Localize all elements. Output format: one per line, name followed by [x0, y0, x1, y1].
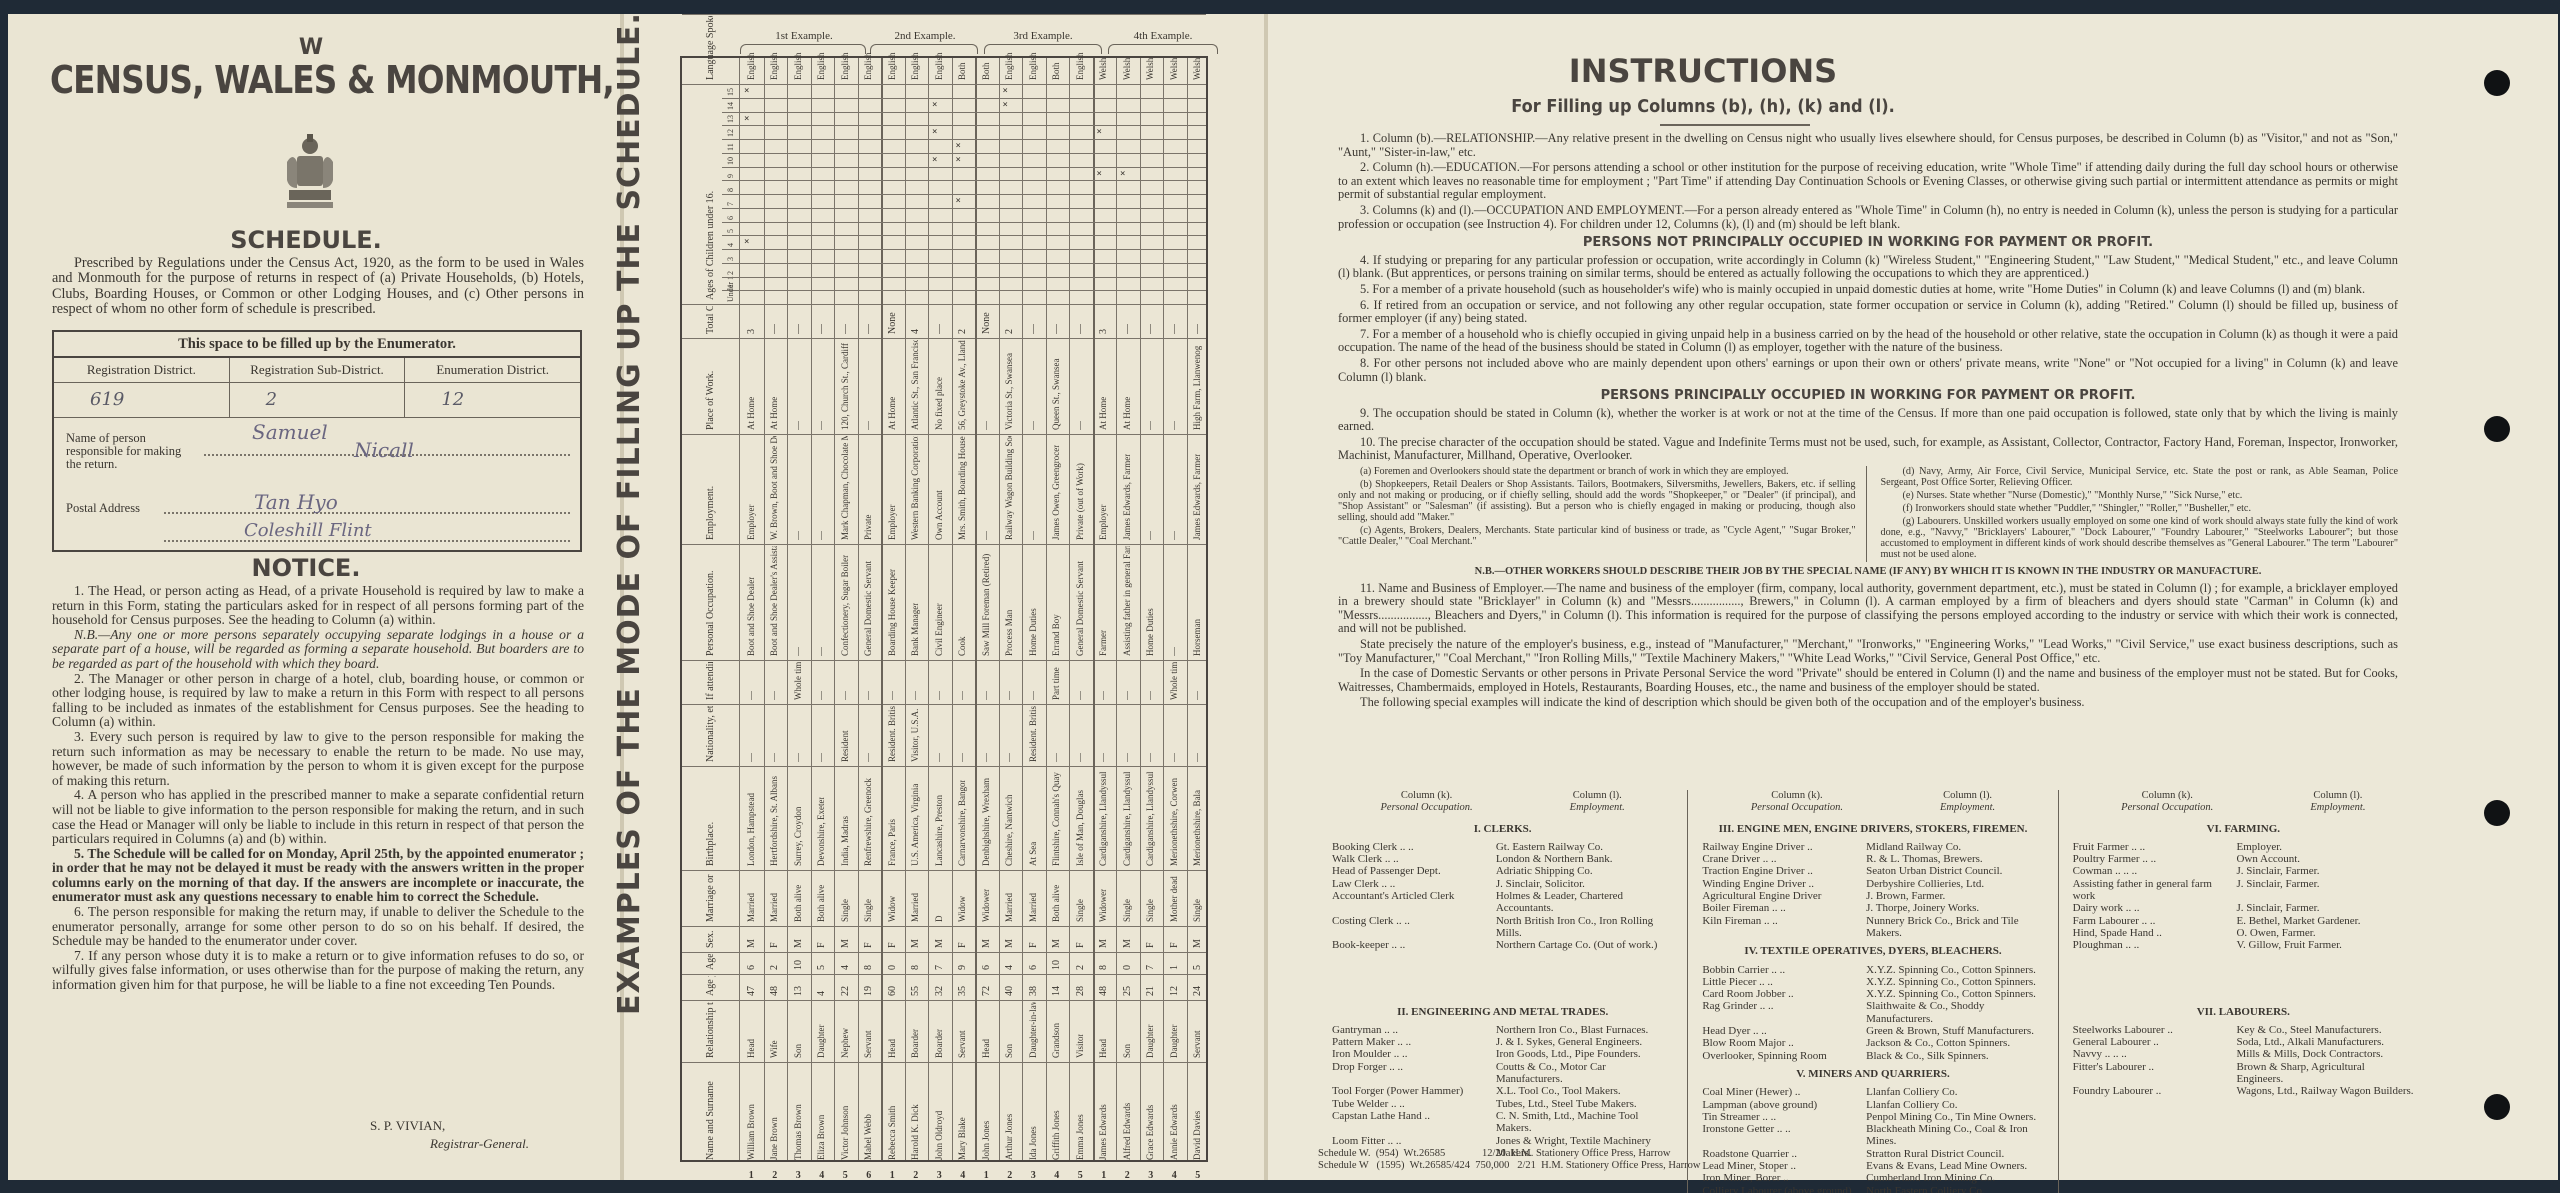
enumeration-district-label: Enumeration District.: [405, 358, 580, 382]
cell-sex: F: [1145, 942, 1156, 948]
examples-column: Column (k).Personal Occupation.Column (l…: [1318, 790, 1687, 1193]
example-row: Drop Forger .. ..Coutts & Co., Motor Car…: [1332, 1061, 1673, 1086]
cell-birth: France, Paris: [887, 819, 897, 866]
example-employment: R. & L. Thomas, Brewers.: [1866, 853, 2043, 865]
example-employment: Iron Goods, Ltd., Pipe Founders.: [1496, 1048, 1673, 1060]
nb-special-name: N.B.—OTHER WORKERS SHOULD DESCRIBE THEIR…: [1338, 565, 2398, 579]
registration-district-field[interactable]: 619: [54, 383, 230, 417]
enumerator-headers: Registration District. Registration Sub-…: [54, 358, 580, 383]
cell-occ: Cook: [957, 636, 967, 656]
example-employment: Mills & Mills, Dock Contractors.: [2236, 1048, 2413, 1060]
cell-mar: Widow: [887, 896, 897, 922]
cell-ms: 8: [1098, 965, 1109, 970]
example-row: Iron Moulder .. ..Iron Goods, Ltd., Pipe…: [1332, 1048, 1673, 1060]
cell-occ: Assisting father in general Farm work: [1122, 546, 1132, 656]
example-section-title: III. ENGINE MEN, ENGINE DRIVERS, STOKERS…: [1702, 823, 2043, 835]
cell-birth: Carnarvonshire, Bangor: [957, 780, 967, 866]
example-occupation: Head of Passenger Dept.: [1332, 865, 1496, 877]
cell-school: —: [1098, 691, 1108, 700]
cell-school: —: [1004, 691, 1014, 700]
notice-heading: NOTICE.: [0, 554, 612, 582]
postal-address-field-1[interactable]: Tan Hyo: [254, 490, 338, 514]
notice-item: 4. A person who has applied in the presc…: [52, 788, 584, 846]
example-employment: X.Y.Z. Spinning Co., Cotton Spinners.: [1866, 976, 2043, 988]
example-row: Colliery Labourer (above ground)North Ea…: [1702, 1185, 2043, 1193]
column-header-emp: Employment.: [705, 486, 716, 540]
age-divider: [722, 84, 1206, 85]
example-row: General Labourer ..Soda, Ltd., Alkali Ma…: [2073, 1036, 2414, 1048]
example-occupation: Ironstone Getter .. ..: [1702, 1123, 1866, 1148]
postal-address-field-2[interactable]: Coleshill Flint: [244, 520, 372, 541]
field-divider: [682, 434, 1206, 435]
signature-name: S. P. VIVIAN,: [370, 1118, 445, 1134]
row-number: 5: [1078, 1170, 1083, 1181]
cell-rel: Servant: [1192, 1031, 1202, 1059]
example-employment: Key & Co., Steel Manufacturers.: [2236, 1024, 2413, 1036]
cell-mar: D: [934, 916, 944, 923]
example-employment: Own Account.: [2236, 853, 2413, 865]
schedule-heading: SCHEDULE.: [0, 226, 612, 254]
cell-nat: —: [1192, 753, 1202, 762]
cell-sex: M: [1051, 939, 1062, 948]
cell-school: —: [981, 691, 991, 700]
cell-emp: Railway Wagon Building Soda, Limited, Al…: [1004, 436, 1014, 540]
example-occupation: Tin Streamer .. ..: [1702, 1111, 1866, 1123]
subclause: (d) Navy, Army, Air Force, Civil Service…: [1881, 466, 2399, 488]
responsible-person-label: Name of person responsible for making th…: [66, 432, 196, 471]
example-employment: Green & Brown, Stuff Manufacturers.: [1866, 1025, 2043, 1037]
cell-name: Thomas Brown: [793, 1104, 803, 1160]
row-number: 4: [1172, 1170, 1177, 1181]
cell-occ: Home Duties: [1028, 608, 1038, 656]
cell-nat: —: [1122, 753, 1132, 762]
example-employment: Slaithwaite & Co., Shoddy Manufacturers.: [1866, 1000, 2043, 1025]
signature-title: Registrar-General.: [430, 1136, 529, 1152]
example-occupation: Agricultural Engine Driver: [1702, 890, 1866, 902]
row-divider: [928, 58, 929, 1160]
instruction-paragraph: In the case of Domestic Servants or othe…: [1338, 667, 2398, 694]
example-occupation: Book-keeper .. ..: [1332, 939, 1496, 951]
cell-sex: M: [1122, 939, 1133, 948]
row-number: 4: [819, 1170, 824, 1181]
example-employment: Northern Cartage Co. (Out of work.): [1496, 939, 1673, 951]
row-divider: [1187, 58, 1188, 1160]
cell-ms: 10: [1051, 960, 1062, 970]
example-occupation: Lampman (above ground): [1702, 1099, 1866, 1111]
examples-table: Name and SurnameRelationship to Head of …: [680, 56, 1208, 1162]
column-header-name: Name and Surname: [705, 1081, 716, 1160]
example-row: Walk Clerk .. ..London & Northern Bank.: [1332, 853, 1673, 865]
cell-place: —: [1145, 421, 1155, 430]
cell-rel: Son: [1122, 1044, 1132, 1058]
cell-rel: Daughter: [1145, 1025, 1155, 1059]
example-row: Crane Driver .. ..R. & L. Thomas, Brewer…: [1702, 853, 2043, 865]
example-employment: Coutts & Co., Motor Car Manufacturers.: [1496, 1061, 1673, 1086]
example-section-title: II. ENGINEERING AND METAL TRADES.: [1332, 1006, 1673, 1018]
cell-name: John Jones: [981, 1121, 991, 1160]
example-3-label: 3rd Example.: [984, 30, 1102, 42]
footer-line-2: Schedule W (1595) Wt.26585/424 750,000 2…: [1318, 1160, 1700, 1171]
cell-school: —: [1192, 691, 1202, 700]
cell-occ: —: [816, 647, 826, 656]
example-row: Hind, Spade Hand ..O. Owen, Farmer.: [2073, 927, 2414, 939]
field-divider: [682, 974, 1206, 975]
row-divider: [858, 58, 859, 1160]
cell-name: Victor Johnson: [840, 1106, 850, 1160]
cell-emp: W. Brown, Boot and Shoe Dealer: [769, 436, 779, 540]
example-section-title: VI. FARMING.: [2073, 823, 2414, 835]
age-header: 11: [726, 143, 735, 151]
cell-children: None: [887, 312, 898, 334]
example-row: Traction Engine Driver ..Seaton Urban Di…: [1702, 865, 2043, 877]
cell-emp: —: [981, 531, 991, 540]
example-employment: Jackson & Co., Cotton Spinners.: [1866, 1037, 2043, 1049]
cell-yrs: 47: [746, 986, 757, 996]
age-mark-icon: ×: [1097, 169, 1102, 179]
cell-emp: Mark Chapman, Chocolate Manufacturer: [840, 436, 850, 540]
cell-place: At Home: [746, 397, 756, 430]
example-row: Cowman .. .. ..J. Sinclair, Farmer.: [2073, 865, 2414, 877]
cell-rel: Daughter-in-law: [1028, 1002, 1038, 1058]
cell-nat: —: [981, 753, 991, 762]
cell-mar: Single: [1122, 899, 1132, 922]
field-divider: [682, 1000, 1206, 1001]
cell-emp: James Edwards, Farmer: [1192, 454, 1202, 540]
row-divider: [1163, 58, 1164, 1160]
age-header: 4: [726, 243, 735, 247]
cell-yrs: 60: [887, 986, 898, 996]
example-row: Poultry Farmer .. ..Own Account.: [2073, 853, 2414, 865]
column-l-label: Column (l).: [1943, 790, 1992, 801]
cell-school: —: [769, 691, 779, 700]
cell-rel: Son: [1004, 1044, 1014, 1058]
example-row: Rag Grinder .. ..Slaithwaite & Co., Shod…: [1702, 1000, 2043, 1025]
punch-hole-icon: [2484, 416, 2510, 442]
field-divider: [682, 660, 1206, 661]
example-occupation: Drop Forger .. ..: [1332, 1061, 1496, 1086]
field-divider: [682, 304, 1206, 305]
column-l-label: Column (l).: [1573, 790, 1622, 801]
cell-occ: Home Duties: [1145, 608, 1155, 656]
row-divider: [1116, 58, 1117, 1160]
cell-ms: 5: [1192, 965, 1203, 970]
cell-place: At Home: [769, 397, 779, 430]
example-row: Lead Miner, Stoper ..Evans & Evans, Lead…: [1702, 1160, 2043, 1172]
cell-ms: 8: [910, 965, 921, 970]
cell-birth: Lancashire, Preston: [934, 795, 944, 866]
cell-rel: Nephew: [840, 1028, 850, 1058]
cell-yrs: 72: [981, 986, 992, 996]
cell-place: —: [793, 421, 803, 430]
row-number: 2: [1007, 1170, 1012, 1181]
field-divider: [682, 1062, 1206, 1063]
example-employment: Northern Iron Co., Blast Furnaces.: [1496, 1024, 1673, 1036]
cell-place: At Home: [1122, 397, 1132, 430]
example-employment: Black & Co., Silk Spinners.: [1866, 1050, 2043, 1062]
example-row: Railway Engine Driver ..Midland Railway …: [1702, 841, 2043, 853]
cell-nat: Resident: [840, 731, 850, 763]
field-divider: [682, 766, 1206, 767]
example-row: Boiler Fireman .. ..J. Thorpe, Joinery W…: [1702, 902, 2043, 914]
cell-place: —: [816, 421, 826, 430]
cell-birth: Flintshire, Connah's Quay: [1051, 772, 1061, 866]
cell-ms: 0: [1122, 965, 1133, 970]
row-divider: [1022, 58, 1023, 1160]
age-mark-icon: ×: [932, 155, 937, 165]
instruction-paragraph: 2. Column (h).—EDUCATION.—For persons at…: [1338, 161, 2398, 202]
cell-place: —: [1028, 421, 1038, 430]
cell-place: —: [1075, 421, 1085, 430]
cell-birth: Surrey, Croydon: [793, 807, 803, 866]
example-employment: O. Owen, Farmer.: [2236, 927, 2413, 939]
age-divider: [722, 180, 1206, 181]
cell-mar: Married: [769, 893, 779, 922]
example-employment: J. Sinclair, Farmer.: [2236, 902, 2413, 914]
example-employment: Nunnery Brick Co., Brick and Tile Makers…: [1866, 915, 2043, 940]
cell-lang: English: [863, 52, 873, 80]
cell-lang: Both: [1051, 62, 1061, 80]
column-k-head: Column (k).Personal Occupation.: [2121, 790, 2213, 815]
cell-emp: Western Banking Corporation: [910, 436, 920, 540]
cell-lang: English: [840, 52, 850, 80]
cell-yrs: 48: [769, 986, 780, 996]
example-occupation: Hind, Spade Hand ..: [2073, 927, 2237, 939]
example-occupation: Crane Driver .. ..: [1702, 853, 1866, 865]
row-number: 2: [772, 1170, 777, 1181]
notice-item-bold: 5. The Schedule will be called for on Mo…: [52, 847, 584, 905]
cell-name: Emma Jones: [1075, 1114, 1085, 1160]
subclauses-left: (a) Foremen and Overlookers should state…: [1338, 466, 1867, 562]
cell-sex: M: [910, 939, 921, 948]
cell-rel: Head: [981, 1039, 991, 1058]
cell-name: Annie Edwards: [1169, 1104, 1179, 1160]
age-divider: [722, 98, 1206, 99]
cell-children: —: [1075, 324, 1086, 334]
cell-name: Eliza Brown: [816, 1115, 826, 1160]
cell-school: —: [910, 691, 920, 700]
age-divider: [722, 222, 1206, 223]
cell-mar: Married: [1004, 893, 1014, 922]
cell-name: John Oldroyd: [934, 1111, 944, 1160]
example-row: Pattern Maker .. ..J. & I. Sykes, Genera…: [1332, 1036, 1673, 1048]
cell-school: —: [863, 691, 873, 700]
cell-nat: —: [769, 753, 779, 762]
example-occupation: Costing Clerk .. ..: [1332, 915, 1496, 940]
age-header: 9: [726, 174, 735, 178]
instruction-paragraph: 8. For other persons not included above …: [1338, 357, 2398, 384]
example-employment: Seaton Urban District Council.: [1866, 865, 2043, 877]
example-employment: London & Northern Bank.: [1496, 853, 1673, 865]
age-header: 2: [726, 271, 735, 275]
occupation-examples: Column (k).Personal Occupation.Column (l…: [1318, 790, 2428, 1193]
age-divider: [722, 263, 1206, 264]
example-row: Booking Clerk .. ..Gt. Eastern Railway C…: [1332, 841, 1673, 853]
cell-nat: —: [957, 753, 967, 762]
cell-mar: Single: [1075, 899, 1085, 922]
example-occupation: Tube Welder .. ..: [1332, 1098, 1496, 1110]
cell-sex: F: [887, 942, 898, 948]
cell-yrs: 21: [1145, 986, 1156, 996]
cell-mar: Mother dead: [1169, 876, 1179, 922]
cell-mar: Married: [1028, 893, 1038, 922]
cell-mar: Married: [910, 893, 920, 922]
cell-children: 4: [910, 329, 921, 334]
cell-yrs: 38: [1028, 986, 1039, 996]
row-divider: [905, 58, 906, 1160]
cell-nat: —: [793, 753, 803, 762]
cell-nat: Visitor, U.S.A. Citizen: [910, 706, 920, 762]
cell-name: Arthur Jones: [1004, 1114, 1014, 1160]
instruction-paragraph: 5. For a member of a private household (…: [1338, 283, 2398, 297]
row-divider: [811, 58, 812, 1160]
cell-school: —: [840, 691, 850, 700]
responsible-person-field[interactable]: Samuel: [252, 420, 328, 444]
example-employment: Derbyshire Collieries, Ltd.: [1866, 878, 2043, 890]
notice-nb: N.B.—Any one or more persons separately …: [52, 628, 584, 672]
age-mark-icon: ×: [956, 141, 961, 151]
cell-school: —: [934, 691, 944, 700]
example-row: Kiln Fireman .. ..Nunnery Brick Co., Bri…: [1702, 915, 2043, 940]
cell-ms: 6: [746, 965, 757, 970]
instruction-paragraph: 11. Name and Business of Employer.—The n…: [1338, 582, 2398, 636]
example-employment: X.L. Tool Co., Tool Makers.: [1496, 1085, 1673, 1097]
example-row: Tool Forger (Power Hammer)X.L. Tool Co.,…: [1332, 1085, 1673, 1097]
example-employment: Cumberland Iron Mining Co.: [1866, 1172, 2043, 1184]
cell-name: Grace Edwards: [1145, 1105, 1155, 1160]
row-number: 4: [1054, 1170, 1059, 1181]
example-row: Lampman (above ground)Llanfan Colliery C…: [1702, 1099, 2043, 1111]
cell-emp: —: [816, 531, 826, 540]
cell-mar: Both alive: [816, 885, 826, 922]
column-l-sublabel: Employment.: [2310, 802, 2365, 814]
column-header-children: Total Children under 16: [705, 306, 716, 334]
subclause: (a) Foremen and Overlookers should state…: [1338, 466, 1856, 477]
example-row: Little Piecer .. ..X.Y.Z. Spinning Co., …: [1702, 976, 2043, 988]
enumeration-district-field[interactable]: 12: [405, 383, 580, 417]
cell-nat: —: [1098, 753, 1108, 762]
example-divider: [975, 58, 977, 1160]
cell-lang: English: [816, 52, 826, 80]
cell-name: Mary Blake: [957, 1117, 967, 1160]
cell-school: —: [887, 691, 897, 700]
cell-sex: F: [863, 942, 874, 948]
cell-occ: General Domestic Servant: [1075, 561, 1085, 656]
age-header: Under 1: [726, 276, 735, 302]
cell-birth: India, Madras: [840, 816, 850, 866]
cell-school: Whole time: [793, 662, 803, 700]
example-row: Foundry Labourer ..Wagons, Ltd., Railway…: [2073, 1085, 2414, 1097]
cell-sex: M: [934, 939, 945, 948]
section-gap: [2073, 952, 2414, 1000]
cell-ms: 1: [1169, 965, 1180, 970]
cell-ms: 6: [981, 965, 992, 970]
punch-hole-icon: [2484, 1094, 2510, 1120]
age-header: 3: [726, 257, 735, 261]
cell-children: —: [840, 324, 851, 334]
cell-children: —: [863, 324, 874, 334]
example-employment: Blackheath Mining Co., Coal & Iron Mines…: [1866, 1123, 2043, 1148]
age-mark-icon: ×: [744, 114, 749, 124]
cell-nat: —: [1075, 753, 1085, 762]
cell-yrs: 55: [910, 986, 921, 996]
column-k-label: Column (k).: [1401, 790, 1452, 801]
cell-emp: —: [1028, 531, 1038, 540]
row-number: 1: [749, 1170, 754, 1181]
cell-school: —: [1122, 691, 1132, 700]
example-occupation: Head Dyer .. ..: [1702, 1025, 1866, 1037]
age-header: 7: [726, 202, 735, 206]
cell-name: William Brown: [746, 1104, 756, 1160]
cell-emp: Own Account: [934, 490, 944, 540]
cell-occ: Confectionery, Sugar Boiler: [840, 555, 850, 656]
cell-rel: Visitor: [1075, 1034, 1085, 1058]
example-occupation: Little Piecer .. ..: [1702, 976, 1866, 988]
cell-emp: —: [1169, 531, 1179, 540]
example-occupation: Law Clerk .. ..: [1332, 878, 1496, 890]
example-occupation: Roadstone Quarrier ..: [1702, 1148, 1866, 1160]
example-row: Blow Room Major ..Jackson & Co., Cotton …: [1702, 1037, 2043, 1049]
example-occupation: Assisting father in general farm work: [2073, 878, 2237, 903]
cell-birth: Cardiganshire, Llandyssul: [1145, 772, 1155, 866]
cell-place: At Home: [887, 397, 897, 430]
column-header-mar: Marriage or Orphanhood.: [705, 872, 716, 922]
registration-sub-district-field[interactable]: 2: [230, 383, 406, 417]
age-mark-icon: ×: [1003, 100, 1008, 110]
example-employment: Llanfan Colliery Co.: [1866, 1086, 2043, 1098]
cell-rel: Wife: [769, 1040, 779, 1058]
row-divider: [952, 58, 953, 1160]
notice-item: 7. If any person whose duty it is to mak…: [52, 949, 584, 993]
cell-occ: Horseman: [1192, 619, 1202, 656]
cell-place: 120, Church St., Cardiff: [840, 343, 850, 430]
example-occupation: Booking Clerk .. ..: [1332, 841, 1496, 853]
example-occupation: Gantryman .. ..: [1332, 1024, 1496, 1036]
column-header-ages: Ages of Children under 16.: [705, 191, 716, 300]
column-l-head: Column (l).Employment.: [1940, 790, 1995, 815]
cell-children: —: [1169, 324, 1180, 334]
column-header-sex: Sex.: [705, 931, 716, 949]
cell-occ: Saw Mill Foreman (Retired): [981, 554, 991, 656]
cell-place: —: [981, 421, 991, 430]
age-divider: [722, 139, 1206, 140]
example-employment: E. Bethel, Market Gardener.: [2236, 915, 2413, 927]
cell-nat: —: [1051, 753, 1061, 762]
example-occupation: Fruit Farmer .. ..: [2073, 841, 2237, 853]
cell-school: Part time: [1051, 667, 1061, 700]
cell-school: —: [1075, 691, 1085, 700]
cell-nat: Resident. British born: [1028, 706, 1038, 762]
cell-birth: Cardiganshire, Llandyssul: [1122, 772, 1132, 866]
cell-lang: English: [769, 52, 779, 80]
cell-rel: Grandson: [1051, 1023, 1061, 1058]
example-row: Agricultural Engine DriverJ. Brown, Farm…: [1702, 890, 2043, 902]
notice-item: 6. The person responsible for making the…: [52, 905, 584, 949]
example-employment: Stratton Rural District Council.: [1866, 1148, 2043, 1160]
row-number: 2: [1125, 1170, 1130, 1181]
example-section-title: V. MINERS AND QUARRIERS.: [1702, 1068, 2043, 1080]
cell-ms: 10: [793, 960, 804, 970]
row-number: 3: [1031, 1170, 1036, 1181]
row-divider: [787, 58, 788, 1160]
subclauses-right: (d) Navy, Army, Air Force, Civil Service…: [1881, 466, 2399, 562]
example-occupation: Card Room Jobber ..: [1702, 988, 1866, 1000]
punch-hole-icon: [2484, 70, 2510, 96]
example-occupation: Walk Clerk .. ..: [1332, 853, 1496, 865]
responsible-person-surname-field[interactable]: Nicall: [354, 438, 414, 462]
cell-occ: —: [793, 647, 803, 656]
cell-school: Whole time: [1169, 662, 1179, 700]
age-divider: [722, 125, 1206, 126]
